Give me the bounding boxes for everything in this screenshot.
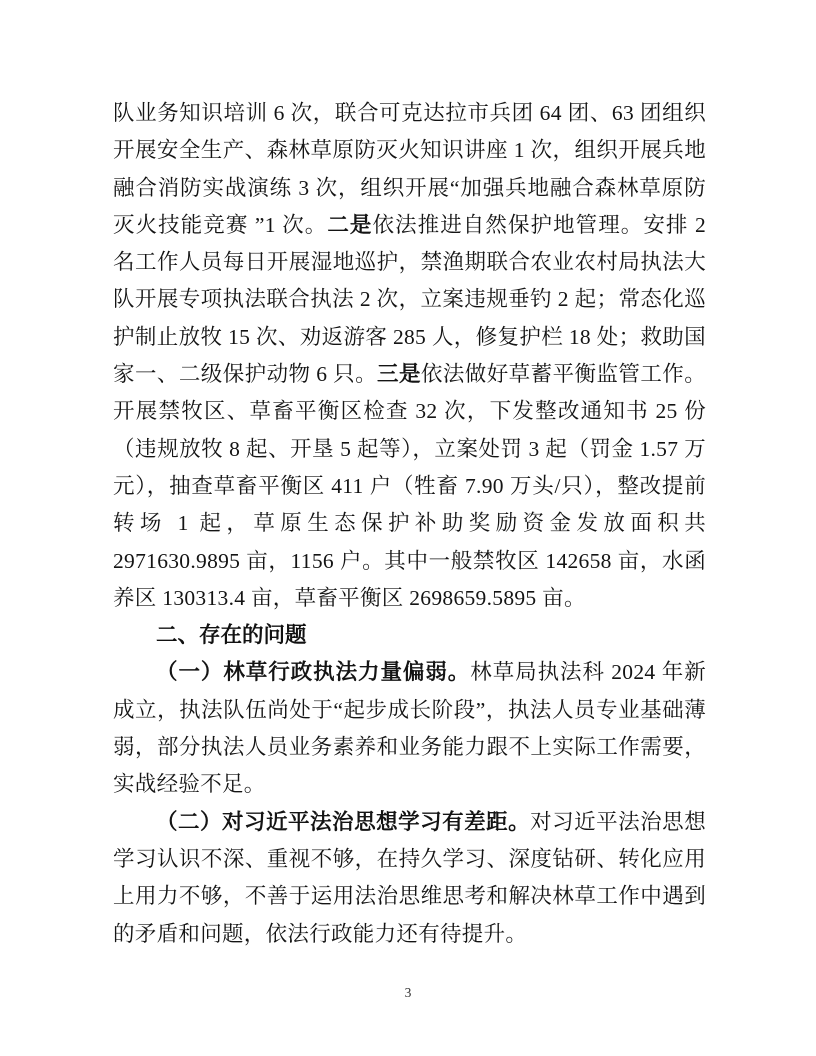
document-page: 队业务知识培训 6 次，联合可克达拉市兵团 64 团、63 团组织开展安全生产、…: [0, 0, 816, 1056]
paragraph-problem-2: （二）对习近平法治思想学习有差距。对习近平法治思想学习认识不深、重视不够，在持久…: [113, 804, 706, 953]
document-content: 队业务知识培训 6 次，联合可克达拉市兵团 64 团、63 团组织开展安全生产、…: [113, 95, 706, 953]
run-in-heading-problem-2: （二）对习近平法治思想学习有差距。: [156, 810, 530, 834]
page-number: 3: [0, 985, 816, 1001]
body-text: 依法推进自然保护地管理。安排 2 名工作人员每日开展湿地巡护，禁渔期联合农业农村…: [113, 213, 706, 386]
body-text: 依法做好草蓄平衡监管工作。开展禁牧区、草畜平衡区检查 32 次，下发整改通知书 …: [113, 362, 706, 610]
paragraph-problem-1: （一）林草行政执法力量偏弱。林草局执法科 2024 年新成立，执法队伍尚处于“起…: [113, 654, 706, 803]
section-heading-problems: 二、存在的问题: [113, 617, 706, 654]
run-in-heading-third: 三是: [377, 362, 421, 386]
run-in-heading-problem-1: （一）林草行政执法力量偏弱。: [156, 660, 470, 684]
paragraph-continued: 队业务知识培训 6 次，联合可克达拉市兵团 64 团、63 团组织开展安全生产、…: [113, 95, 706, 617]
run-in-heading-second: 二是: [327, 213, 372, 237]
